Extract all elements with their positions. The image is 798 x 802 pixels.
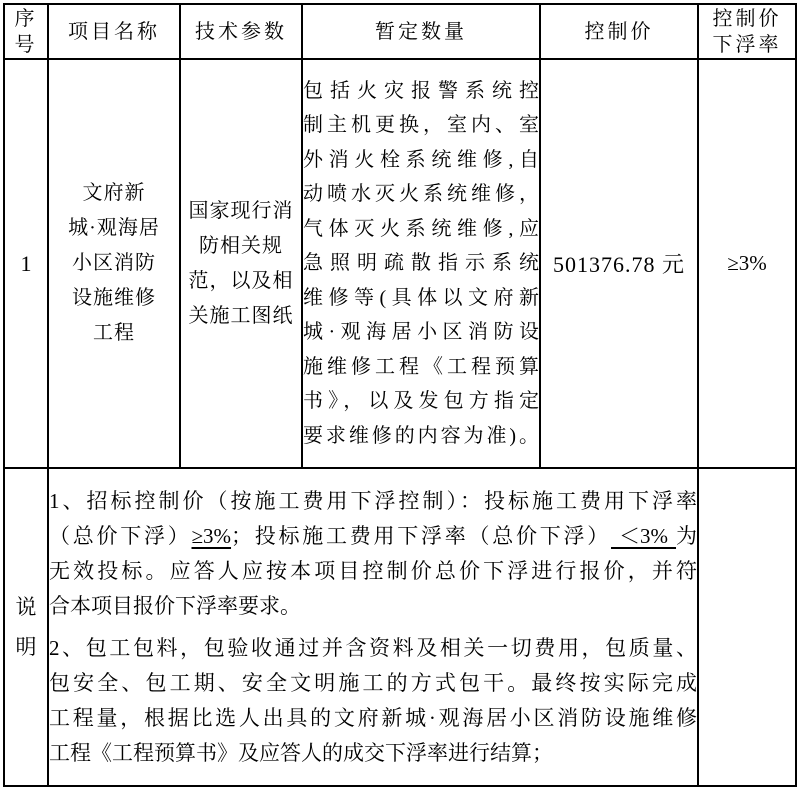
text-segment: 为 [676, 524, 697, 548]
header-seq: 序号 [4, 4, 48, 59]
text-segment: 包安全、包工期、安全文明施工的方式包干。最终按实际完成 [49, 671, 697, 695]
procurement-table: 序号 项目名称 技术参数 暂定数量 控制价 控制价下浮率 1 文府新城·观海居小… [3, 3, 797, 787]
text-line: 包括火灾报警系统控 [303, 74, 539, 109]
text-line: 制主机更换，室内、室 [303, 108, 539, 143]
text-line: 急照明疏散指示系统 [303, 246, 539, 281]
header-control-price: 控制价 [540, 4, 698, 59]
document-page: 序号 项目名称 技术参数 暂定数量 控制价 控制价下浮率 1 文府新城·观海居小… [0, 0, 798, 790]
text-line: 文府新 [49, 176, 179, 211]
text-line: 2、包工包料，包验收通过并含资料及相关一切费用，包质量、 [49, 631, 697, 666]
cell-control-price: 501376.78 元 [540, 59, 698, 468]
notes-paragraph: 2、包工包料，包验收通过并含资料及相关一切费用，包质量、包安全、包工期、安全文明… [49, 631, 697, 771]
text-line: 设施维修 [49, 281, 179, 316]
underlined-text: ＜3% [611, 524, 676, 548]
text-line: 外消火栓系统维修,自 [303, 143, 539, 178]
text-line: 说 [5, 587, 47, 627]
text-line: 国家现行消 [181, 194, 301, 229]
data-row-1: 1 文府新城·观海居小区消防设施维修工程 国家现行消防相关规范，以及相关施工图纸… [4, 59, 796, 468]
notes-row: 说明 1、招标控制价（按施工费用下浮控制）：投标施工费用下浮率（总价下浮）≥3%… [4, 468, 796, 786]
text-line: 维修等(具体以文府新 [303, 281, 539, 316]
text-line: 包安全、包工期、安全文明施工的方式包干。最终按实际完成 [49, 666, 697, 701]
text-segment: （总价下浮） [49, 524, 192, 548]
text-line: 小区消防 [49, 246, 179, 281]
text-line: 无效投标。应答人应按本项目控制价总价下浮进行报价，并符 [49, 554, 697, 589]
text-segment: 工程《工程预算书》及应答人的成交下浮率进行结算； [49, 741, 553, 765]
text-segment: 工程量，根据比选人出具的文府新城·观海居小区消防设施维修 [49, 706, 697, 730]
text-line: 控制价 [699, 6, 795, 32]
text-segment: 无效投标。应答人应按本项目控制价总价下浮进行报价，并符 [49, 559, 697, 583]
cell-tech-params: 国家现行消防相关规范，以及相关施工图纸 [180, 59, 302, 468]
text-line: （总价下浮）≥3%；投标施工费用下浮率（总价下浮） ＜3% 为 [49, 519, 697, 554]
underlined-text: ≥3% [192, 524, 232, 548]
text-line: 合本项目报价下浮率要求。 [49, 589, 697, 624]
text-line: 动喷水灭火系统维修， [303, 177, 539, 212]
text-line: 施维修工程《工程预算 [303, 350, 539, 385]
text-line: 号 [5, 32, 47, 58]
text-line: 城·观海居小区消防设 [303, 315, 539, 350]
text-line: 范，以及相 [181, 264, 301, 299]
text-line: 工程 [49, 316, 179, 351]
text-line: 序 [5, 6, 47, 32]
text-line: 书》，以及发包方指定 [303, 384, 539, 419]
cell-price-reduction-rate: ≥3% [698, 59, 796, 468]
text-line: 1、招标控制价（按施工费用下浮控制）：投标施工费用下浮率 [49, 484, 697, 519]
text-segment: 1、招标控制价（按施工费用下浮控制）：投标施工费用下浮率 [49, 489, 697, 513]
header-project-name: 项目名称 [48, 4, 180, 59]
text-segment: 合本项目报价下浮率要求。 [49, 594, 301, 618]
text-line: 防相关规 [181, 229, 301, 264]
cell-tentative-quantity: 包括火灾报警系统控制主机更换，室内、室外消火栓系统维修,自动喷水灭火系统维修，气… [302, 59, 540, 468]
header-tech-params: 技术参数 [180, 4, 302, 59]
text-line: 明 [5, 627, 47, 667]
text-segment: 2、包工包料，包验收通过并含资料及相关一切费用，包质量、 [49, 636, 697, 660]
cell-notes-label: 说明 [4, 468, 48, 786]
cell-project-name: 文府新城·观海居小区消防设施维修工程 [48, 59, 180, 468]
cell-notes-rate-empty [698, 468, 796, 786]
text-line: 要求维修的内容为准)。 [303, 419, 539, 454]
cell-seq: 1 [4, 59, 48, 468]
cell-notes-text: 1、招标控制价（按施工费用下浮控制）：投标施工费用下浮率（总价下浮）≥3%；投标… [48, 468, 698, 786]
text-line: 气体灭火系统维修,应 [303, 212, 539, 247]
text-line: 关施工图纸 [181, 299, 301, 334]
header-tentative-quantity: 暂定数量 [302, 4, 540, 59]
header-row: 序号 项目名称 技术参数 暂定数量 控制价 控制价下浮率 [4, 4, 796, 59]
notes-paragraph: 1、招标控制价（按施工费用下浮控制）：投标施工费用下浮率（总价下浮）≥3%；投标… [49, 484, 697, 624]
text-line: 工程《工程预算书》及应答人的成交下浮率进行结算； [49, 736, 697, 771]
header-price-reduction-rate: 控制价下浮率 [698, 4, 796, 59]
text-line: 工程量，根据比选人出具的文府新城·观海居小区消防设施维修 [49, 701, 697, 736]
text-segment: ；投标施工费用下浮率（总价下浮） [231, 524, 611, 548]
text-line: 下浮率 [699, 32, 795, 58]
text-line: 城·观海居 [49, 211, 179, 246]
